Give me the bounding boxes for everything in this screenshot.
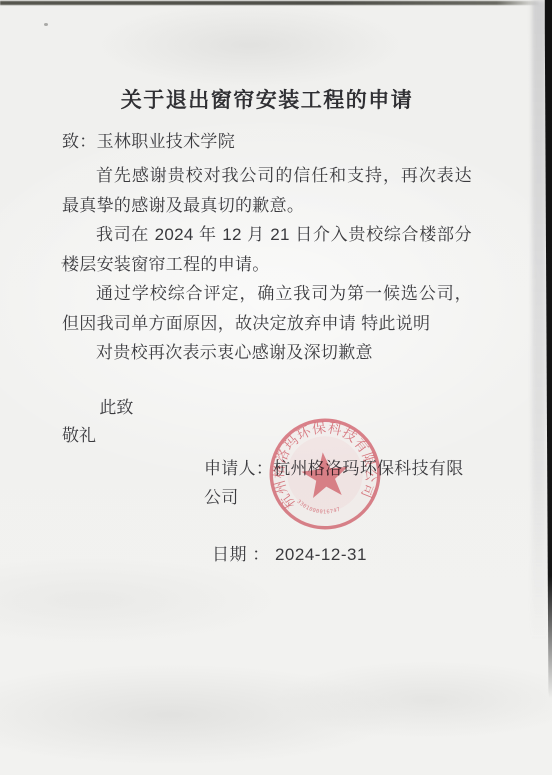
recipient-line: 致：玉林职业技术学院 <box>62 127 472 156</box>
paragraph-thanks: 首先感谢贵校对我公司的信任和支持，再次表达最真挚的感谢及最真切的歉意。 <box>62 161 472 220</box>
document-title: 关于退出窗帘安装工程的申请 <box>62 84 472 114</box>
paragraph-apology: 对贵校再次表示衷心感谢及深切歉意 <box>62 338 472 368</box>
scan-edge-right-shadow <box>532 0 546 640</box>
date-value: 2024-12-31 <box>275 545 367 564</box>
date-label: 日期 ： <box>212 545 275 564</box>
seal-svg: 杭州格洛玛环保科技有限公司 3301000016747 <box>259 408 391 540</box>
paragraph-project: 我司在 2024 年 12 月 21 日介入贵校综合楼部分楼层安装窗帘工程的申请… <box>62 220 472 279</box>
paragraph-withdrawal: 通过学校综合评定，确立我司为第一候选公司，但因我司单方面原因，故决定放弃申请 特… <box>62 279 472 338</box>
scan-speck <box>44 23 48 26</box>
company-seal-stamp: 杭州格洛玛环保科技有限公司 3301000016747 <box>259 408 391 540</box>
scan-edge-top <box>0 1 540 5</box>
body-paragraphs: 首先感谢贵校对我公司的信任和支持，再次表达最真挚的感谢及最真切的歉意。 我司在 … <box>62 161 472 368</box>
scanned-document-page: 关于退出窗帘安装工程的申请 致：玉林职业技术学院 首先感谢贵校对我公司的信任和支… <box>0 0 552 775</box>
date-line: 日期 ： 2024-12-31 <box>212 540 472 569</box>
